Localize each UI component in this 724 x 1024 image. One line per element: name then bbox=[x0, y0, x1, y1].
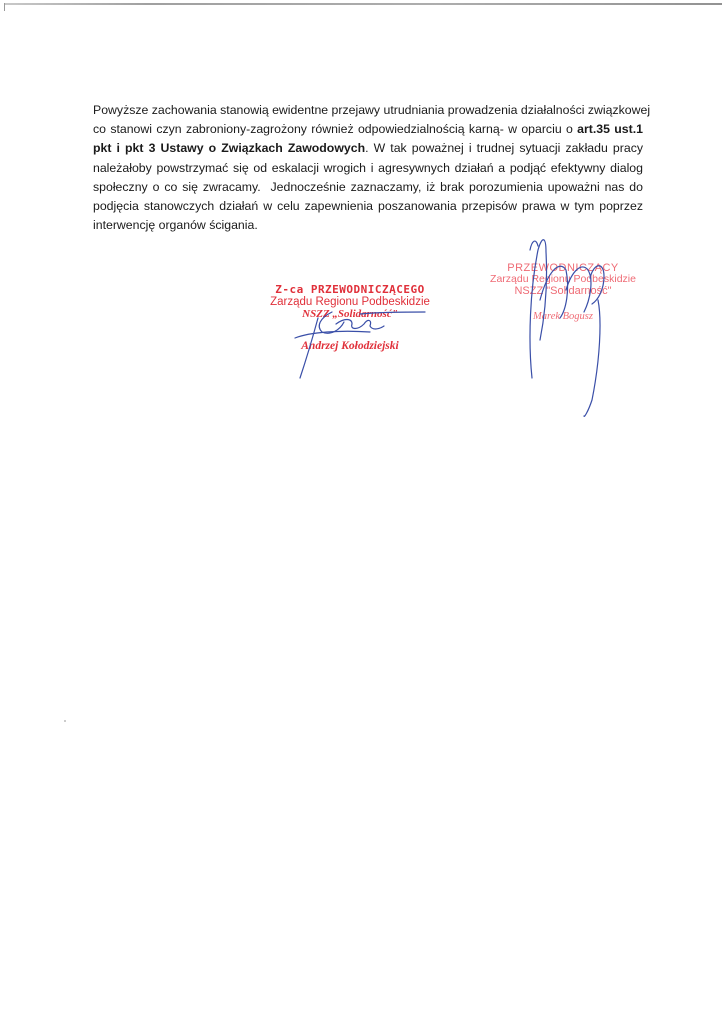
document-page: Powyższe zachowania stanowią ewidentne p… bbox=[0, 0, 724, 1024]
scan-speck bbox=[64, 720, 66, 722]
signature-right bbox=[530, 240, 604, 417]
signature-left bbox=[295, 312, 425, 378]
handwritten-signatures bbox=[0, 0, 724, 1024]
